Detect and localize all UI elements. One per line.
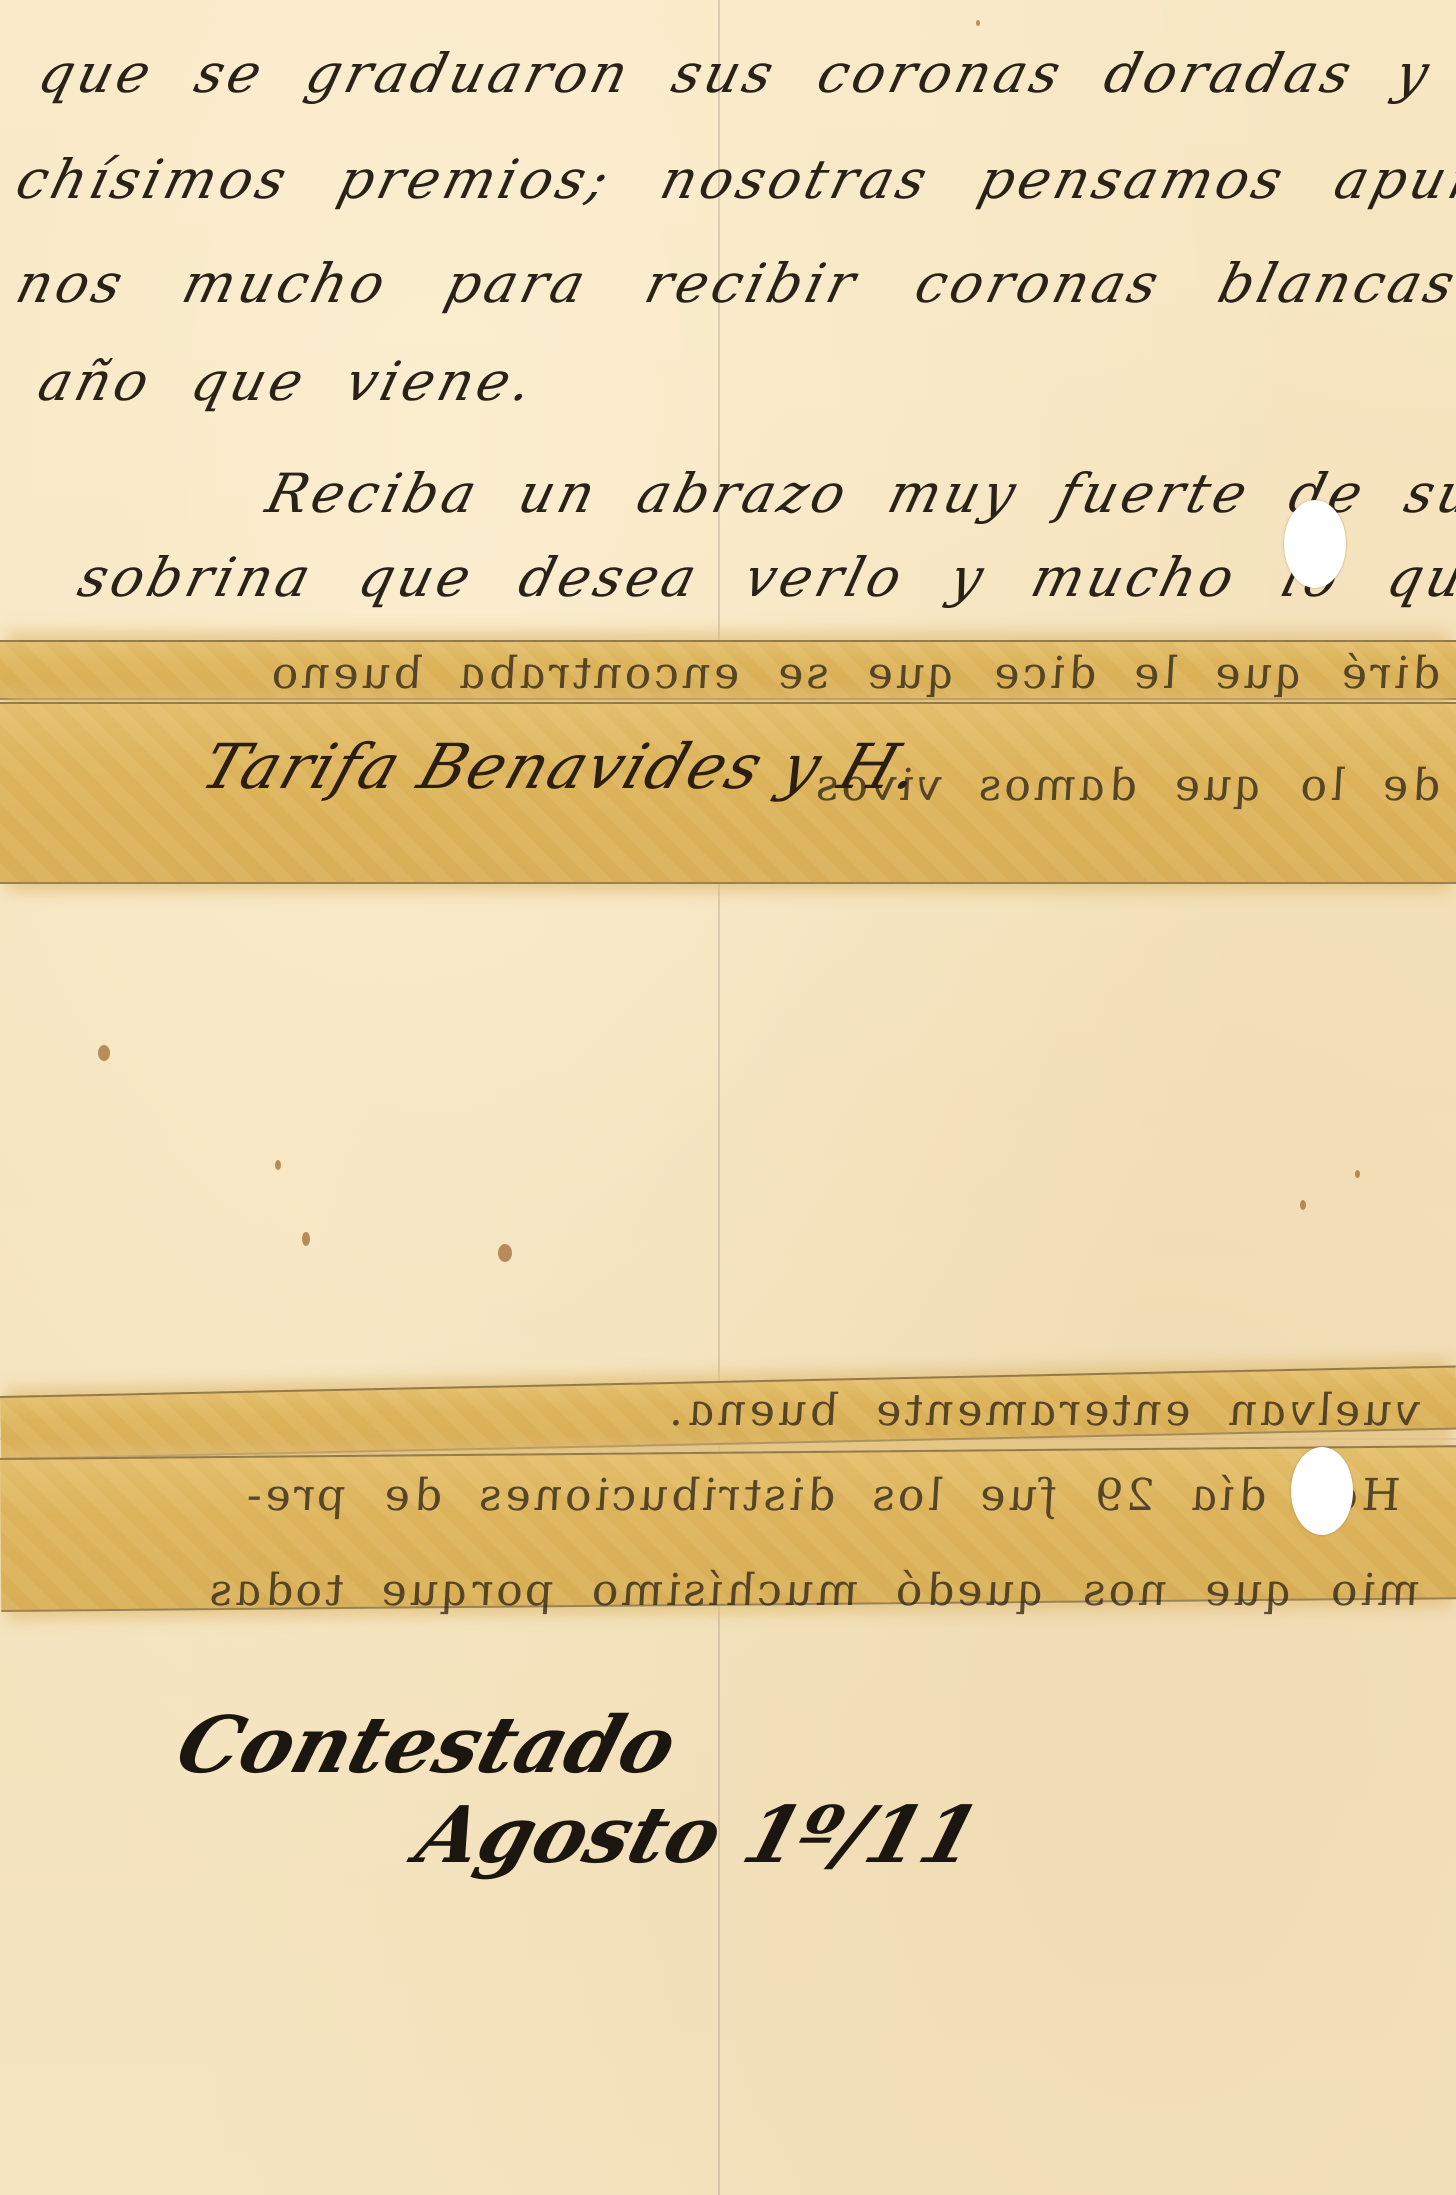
signature: Tarifa Benavides y H. [193, 730, 932, 803]
letter-line-5: Reciba un abrazo muy fuerte de su [260, 462, 1456, 525]
foxing-stain [275, 1160, 281, 1170]
mirrored-offset-line-3: vuelvan enteramente buena. [374, 1385, 1427, 1436]
letter-line-2: chísimos premios; nosotras pensamos apur… [10, 148, 1456, 211]
letter-line-4: año que viene. [32, 350, 542, 413]
foxing-stain [98, 1045, 110, 1061]
letter-line-1: que se graduaron sus coronas doradas y m… [32, 42, 1456, 105]
foxing-stain [498, 1244, 512, 1262]
punch-hole-top [1284, 500, 1346, 588]
punch-hole-bottom [1291, 1447, 1353, 1535]
mirrored-offset-line-4: Hoy día 29 fue los distribuciones de pre… [14, 1470, 1407, 1521]
mirrored-offset-line-5: mio que nos quedó muchísimo porque todas [14, 1565, 1427, 1616]
letter-line-3: nos mucho para recibir coronas blancas e… [10, 252, 1456, 315]
annotation-contestado: Contestado [167, 1700, 687, 1791]
foxing-stain [1355, 1170, 1360, 1178]
foxing-stain [302, 1232, 310, 1246]
foxing-stain [1300, 1200, 1306, 1210]
annotation-date: Agosto 1º/11 [407, 1790, 990, 1881]
foxing-stain [976, 20, 980, 26]
letter-line-6: sobrina que desea verlo y mucho lo quie- [72, 546, 1456, 609]
mirrored-offset-line-1: diré que le dice que se encontraba bueno [14, 648, 1447, 699]
